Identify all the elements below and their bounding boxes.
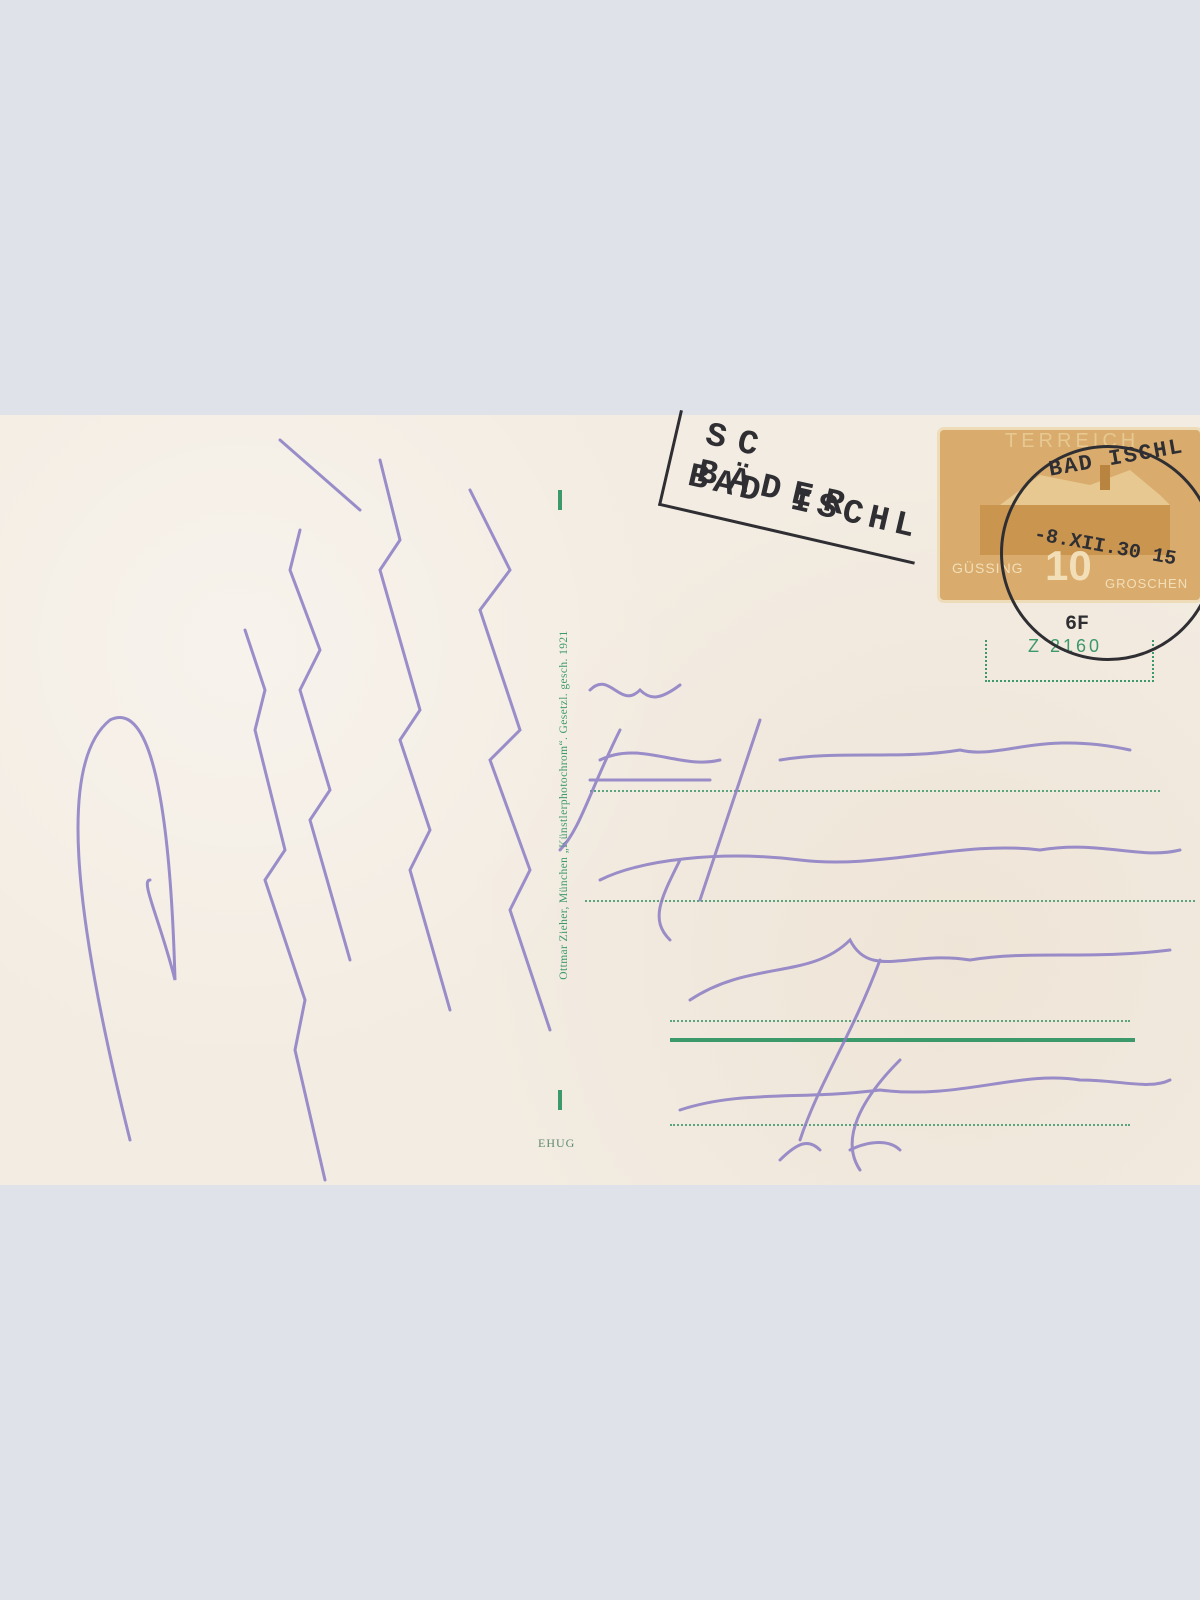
address-handwriting	[560, 684, 1180, 1170]
message-handwriting	[78, 440, 550, 1180]
handwriting-icon	[0, 0, 1200, 1600]
